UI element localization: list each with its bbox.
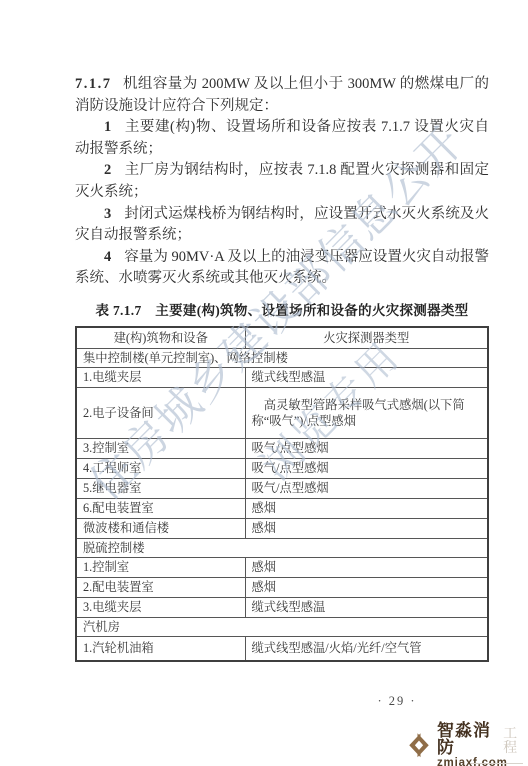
table-row: 集中控制楼(单元控制室)、网络控制楼 <box>76 348 488 367</box>
header-detector-column: 火灾探测器类型 <box>245 327 488 349</box>
table-row: 脱硫控制楼 <box>76 538 488 557</box>
item-3-number: 3 <box>104 206 111 222</box>
item-4-number: 4 <box>104 249 111 265</box>
brand-stamp: 智淼消防 工程 zmjaxf.com <box>404 722 528 766</box>
row-microwave-building: 微波楼和通信楼 <box>76 518 245 538</box>
row-control-room: 3.控制室 <box>76 438 245 458</box>
row-turbine-oil-tank-detector: 缆式线型感温/火焰/光纤/空气管 <box>245 636 488 661</box>
row-desulf-cable-layer-detector: 缆式线型感温 <box>245 597 488 617</box>
page-number: · 29 · <box>352 694 442 709</box>
row-desulf-control-room: 1.控制室 <box>76 557 245 577</box>
section-turbine-house: 汽机房 <box>76 617 488 636</box>
row-desulf-distribution-detector: 感烟 <box>245 577 488 597</box>
table-row: 2.配电装置室 感烟 <box>76 577 488 597</box>
table-row: 微波楼和通信楼 感烟 <box>76 518 488 538</box>
header-building-column: 建(构)筑物和设备 <box>76 327 245 349</box>
row-desulf-distribution: 2.配电装置室 <box>76 577 245 597</box>
row-cable-layer-detector: 缆式线型感温 <box>245 367 488 387</box>
detector-table: 建(构)筑物和设备 火灾探测器类型 集中控制楼(单元控制室)、网络控制楼 1.电… <box>75 326 489 662</box>
item-2-number: 2 <box>104 162 111 178</box>
row-control-room-detector: 吸气/点型感烟 <box>245 438 488 458</box>
document-page: 7.1.7机组容量为 200MW 及以上但小于 300MW 的燃煤电厂的消防设施… <box>0 0 528 766</box>
section-central-control: 集中控制楼(单元控制室)、网络控制楼 <box>76 348 488 367</box>
clause-item-3: 3封闭式运煤栈桥为钢结构时，应设置开式水灭火系统及火灾自动报警系统； <box>75 204 489 247</box>
faded-strike-line <box>471 763 523 764</box>
brand-name: 智淼消防 <box>437 722 501 756</box>
clause-paragraph: 7.1.7机组容量为 200MW 及以上但小于 300MW 的燃煤电厂的消防设施… <box>75 74 489 117</box>
item-3-text: 封闭式运煤栈桥为钢结构时，应设置开式水灭火系统及火灾自动报警系统； <box>75 206 489 244</box>
brand-url: zmjaxf.com <box>437 758 528 766</box>
row-turbine-oil-tank: 1.汽轮机油箱 <box>76 636 245 661</box>
row-relay-room-detector: 吸气/点型感烟 <box>245 478 488 498</box>
row-engineer-room: 4.工程师室 <box>76 458 245 478</box>
brand-url-text: zmjaxf.com <box>437 757 508 766</box>
row-power-distribution-detector: 感烟 <box>245 498 488 518</box>
clause-content: 7.1.7机组容量为 200MW 及以上但小于 300MW 的燃煤电厂的消防设施… <box>75 74 489 662</box>
clause-item-1: 1主要建(构)物、设置场所和设备应按表 7.1.7 设置火灾自动报警系统； <box>75 117 489 160</box>
item-4-text: 容量为 90MV·A 及以上的油浸变压器应设置火灾自动报警系统、水喷雾灭火系统或… <box>75 249 489 287</box>
table-row: 3.控制室 吸气/点型感烟 <box>76 438 488 458</box>
clause-item-2: 2主厂房为钢结构时，应按表 7.1.8 配置火灾探测器和固定灭火系统； <box>75 160 489 203</box>
table-row: 1.电缆夹层 缆式线型感温 <box>76 367 488 387</box>
table-row: 6.配电装置室 感烟 <box>76 498 488 518</box>
item-2-text: 主厂房为钢结构时，应按表 7.1.8 配置火灾探测器和固定灭火系统； <box>75 162 489 200</box>
clause-number: 7.1.7 <box>75 76 112 92</box>
clause-item-4: 4容量为 90MV·A 及以上的油浸变压器应设置火灾自动报警系统、水喷雾灭火系统… <box>75 247 489 290</box>
clause-text: 机组容量为 200MW 及以上但小于 300MW 的燃煤电厂的消防设施设计应符合… <box>75 76 489 114</box>
row-desulf-control-room-detector: 感烟 <box>245 557 488 577</box>
table-row: 1.控制室 感烟 <box>76 557 488 577</box>
row-relay-room: 5.继电器室 <box>76 478 245 498</box>
row-power-distribution: 6.配电装置室 <box>76 498 245 518</box>
row-desulf-cable-layer: 3.电缆夹层 <box>76 597 245 617</box>
table-row: 1.汽轮机油箱 缆式线型感温/火焰/光纤/空气管 <box>76 636 488 661</box>
item-1-number: 1 <box>104 119 111 135</box>
brand-texts: 智淼消防 工程 zmjaxf.com <box>437 722 528 766</box>
brand-diamond-icon <box>404 730 434 762</box>
row-cable-layer: 1.电缆夹层 <box>76 367 245 387</box>
row-microwave-building-detector: 感烟 <box>245 518 488 538</box>
table-title: 表 7.1.7 主要建(构)筑物、设置场所和设备的火灾探测器类型 <box>75 299 489 319</box>
table-row: 5.继电器室 吸气/点型感烟 <box>76 478 488 498</box>
brand-name-row: 智淼消防 工程 <box>437 722 528 756</box>
table-header-row: 建(构)筑物和设备 火灾探测器类型 <box>76 327 488 349</box>
table-row: 3.电缆夹层 缆式线型感温 <box>76 597 488 617</box>
table-row: 汽机房 <box>76 617 488 636</box>
row-electronic-equipment-detector: 高灵敏型管路采样吸气式感烟(以下简称“吸气”)/点型感烟 <box>245 387 488 438</box>
brand-name-suffix-faded: 工程 <box>503 728 528 756</box>
item-1-text: 主要建(构)物、设置场所和设备应按表 7.1.7 设置火灾自动报警系统； <box>75 119 489 157</box>
row-electronic-equipment: 2.电子设备间 <box>76 387 245 438</box>
table-row: 4.工程师室 吸气/点型感烟 <box>76 458 488 478</box>
row-engineer-room-detector: 吸气/点型感烟 <box>245 458 488 478</box>
table-row: 2.电子设备间 高灵敏型管路采样吸气式感烟(以下简称“吸气”)/点型感烟 <box>76 387 488 438</box>
section-desulfurization: 脱硫控制楼 <box>76 538 488 557</box>
